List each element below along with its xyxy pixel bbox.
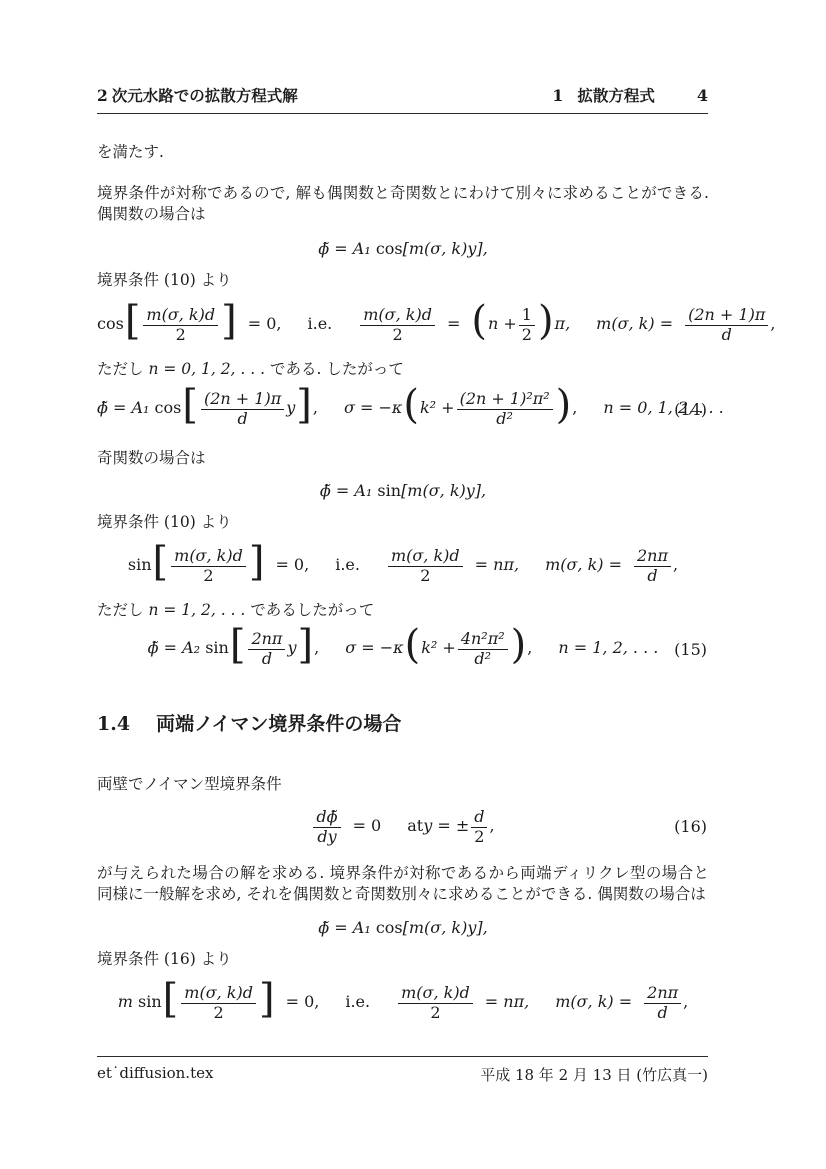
math-function: cos (376, 918, 403, 937)
math-text: [m(σ, k)y], (403, 918, 488, 937)
fraction-denominator: 2 (360, 325, 435, 345)
fraction-denominator: 2 (519, 325, 535, 345)
math-function: cos (376, 239, 403, 258)
math-text: y (286, 398, 295, 417)
paragraph-given: が与えられた場合の解を求める. 境界条件が対称であるから両端ディリクレ型の場合と… (97, 863, 709, 906)
math-text: n + (488, 314, 517, 333)
fraction: d2 (471, 808, 487, 847)
math-text: , (673, 555, 678, 574)
fraction-numerator: 2nπ (248, 630, 285, 649)
fraction-denominator: dy (313, 827, 340, 847)
fraction: (2n + 1)πd (201, 390, 284, 429)
fraction: dϕ̃dy (313, 808, 340, 847)
fraction-numerator: d (471, 808, 487, 827)
math-text: n = 0, 1, 2, . . . (148, 360, 265, 378)
math-text: , (527, 638, 532, 657)
fraction-denominator: 2 (471, 827, 487, 847)
paragraph-symmetric: 境界条件が対称であるので, 解も偶関数と奇関数とにわけて別々に求めることができる… (97, 183, 709, 226)
fraction-numerator: (2n + 1)²π² (457, 390, 553, 409)
paragraph-bc16: 境界条件 (16) より (97, 949, 709, 971)
fraction-denominator: 2 (388, 566, 463, 586)
math-text: i.e. (335, 555, 360, 574)
fraction: 4n²π²d² (458, 630, 508, 669)
math-function: sin (377, 481, 401, 500)
fraction-denominator: d (248, 649, 285, 669)
math-text: n = 1, 2, . . . (558, 638, 658, 657)
math-text: k² + (421, 638, 456, 657)
section-heading: 1.4両端ノイマン境界条件の場合 (97, 714, 709, 736)
equation-15: ϕ̃ = A₂ sin[2nπdy],σ = −κ(k² +4n²π²d²),n… (97, 630, 709, 669)
paragraph-tadashi-1: ただし n = 0, 1, 2, . . . である. したがって (97, 359, 709, 381)
header-left-title: 2次元水路での拡散方程式解 (97, 84, 298, 106)
page-header: 2次元水路での拡散方程式解 1 拡散方程式 4 (97, 84, 708, 114)
math-text: [m(σ, k)y], (403, 239, 488, 258)
fraction-numerator: m(σ, k)d (181, 984, 256, 1003)
fraction-numerator: (2n + 1)π (685, 306, 768, 325)
paragraph-bc10-b: 境界条件 (10) より (97, 512, 709, 534)
header-section-number: 1 (552, 86, 563, 105)
equation-14: ϕ̃ = A₁ cos[(2n + 1)πdy],σ = −κ(k² +(2n … (97, 390, 709, 429)
math-text: , (770, 314, 775, 333)
fraction: (2n + 1)²π²d² (457, 390, 553, 429)
fraction-numerator: (2n + 1)π (201, 390, 284, 409)
math-text: i.e. (345, 992, 370, 1011)
fraction-numerator: dϕ̃ (313, 808, 340, 827)
equation-tag: (15) (674, 638, 707, 662)
math-text: y = ± (423, 816, 469, 835)
math-text: i.e. (307, 314, 332, 333)
fraction: m(σ, k)d2 (181, 984, 256, 1023)
fraction: m(σ, k)d2 (143, 306, 218, 345)
equation-tag: (16) (674, 815, 707, 839)
document-page: 2次元水路での拡散方程式解 1 拡散方程式 4 を満たす. 境界条件が対称である… (0, 0, 826, 1169)
paragraph-intro: を満たす. (97, 142, 709, 164)
fraction-numerator: m(σ, k)d (360, 306, 435, 325)
paragraph-bc10-a: 境界条件 (10) より (97, 270, 709, 292)
equation-sin-condition: sin[m(σ, k)d2]= 0,i.e.m(σ, k)d2= nπ,m(σ,… (97, 547, 709, 586)
header-left-number: 2 (97, 86, 108, 105)
math-text: , (313, 398, 318, 417)
math-text: = nπ, (485, 992, 529, 1011)
jp-text: ただし (97, 360, 148, 378)
math-function: cos (155, 398, 182, 417)
header-right: 1 拡散方程式 4 (552, 84, 708, 106)
equation-odd-phi: ϕ̃ = A₁ sin[m(σ, k)y], (97, 479, 709, 503)
equation-cos-condition: cos[m(σ, k)d2]= 0,i.e.m(σ, k)d2=(n +12)π… (97, 306, 709, 345)
math-function: sin (128, 555, 152, 574)
jp-text: である. したがって (265, 360, 404, 378)
math-text: π, (555, 314, 571, 333)
fraction: (2n + 1)πd (685, 306, 768, 345)
fraction-numerator: m(σ, k)d (388, 547, 463, 566)
fraction: 2nπd (248, 630, 285, 669)
math-text: σ = −κ (345, 638, 403, 657)
fraction-numerator: 1 (519, 306, 535, 325)
math-text: ϕ̃ = A₂ (148, 638, 206, 657)
fraction-denominator: d² (457, 409, 553, 429)
math-text: ϕ̃ = A₁ (320, 481, 378, 500)
math-text: , (314, 638, 319, 657)
page-body: を満たす. 境界条件が対称であるので, 解も偶関数と奇関数とにわけて別々に求める… (97, 140, 709, 1023)
fraction-denominator: d² (458, 649, 508, 669)
jp-text: であるしたがって (245, 601, 374, 619)
math-function: cos (97, 314, 124, 333)
page-footer: et˙diffusion.tex 平成 18 年 2 月 13 日 (竹広真一) (97, 1056, 708, 1085)
math-text: m (118, 992, 138, 1011)
fraction-denominator: d (201, 409, 284, 429)
math-text: , (572, 398, 577, 417)
math-text: k² + (420, 398, 455, 417)
fraction-numerator: 2nπ (644, 984, 681, 1003)
math-text: σ = −κ (344, 398, 402, 417)
fraction-denominator: d (685, 325, 768, 345)
fraction-numerator: m(σ, k)d (398, 984, 473, 1003)
math-text: = 0 (353, 816, 382, 835)
math-text: , (683, 992, 688, 1011)
math-text: n = 1, 2, . . . (148, 601, 245, 619)
fraction-denominator: d (634, 566, 671, 586)
equation-msin-condition: m sin[m(σ, k)d2]= 0,i.e.m(σ, k)d2= nπ,m(… (97, 984, 709, 1023)
fraction: m(σ, k)d2 (360, 306, 435, 345)
fraction-denominator: 2 (171, 566, 246, 586)
fraction: m(σ, k)d2 (171, 547, 246, 586)
math-text: at (407, 816, 423, 835)
paragraph-wall: 両壁でノイマン型境界条件 (97, 774, 709, 796)
fraction-numerator: m(σ, k)d (143, 306, 218, 325)
fraction: m(σ, k)d2 (398, 984, 473, 1023)
math-text: = 0, (275, 555, 309, 574)
jp-text: ただし (97, 601, 148, 619)
math-text: = 0, (286, 992, 320, 1011)
footer-filename: et˙diffusion.tex (97, 1064, 213, 1085)
fraction-denominator: 2 (143, 325, 218, 345)
header-section-title: 拡散方程式 (577, 84, 655, 106)
math-text: y (287, 638, 296, 657)
fraction: 2nπd (634, 547, 671, 586)
fraction: 12 (519, 306, 535, 345)
header-left-text: 次元水路での拡散方程式解 (112, 87, 298, 105)
math-text: [m(σ, k)y], (401, 481, 486, 500)
header-page-number: 4 (697, 86, 708, 105)
section-number: 1.4 (97, 713, 130, 735)
math-text: = (447, 314, 460, 333)
math-text: , (489, 816, 494, 835)
section-title: 両端ノイマン境界条件の場合 (156, 713, 401, 735)
fraction: 2nπd (644, 984, 681, 1023)
equation-16: dϕ̃dy= 0aty = ±d2, (16) (97, 808, 709, 847)
footer-date: 平成 18 年 2 月 13 日 (竹広真一) (480, 1064, 708, 1085)
math-function: sin (205, 638, 229, 657)
math-text: m(σ, k) = (545, 555, 622, 574)
paragraph-odd: 奇関数の場合は (97, 448, 709, 470)
math-text: ϕ̃ = A₁ (97, 398, 155, 417)
math-text: ϕ̃ = A₁ (318, 918, 376, 937)
equation-tag: (14) (674, 398, 707, 422)
header-rule (97, 113, 708, 114)
equation-even-phi: ϕ̃ = A₁ cos[m(σ, k)y], (97, 237, 709, 261)
equation-even-phi-2: ϕ̃ = A₁ cos[m(σ, k)y], (97, 916, 709, 940)
fraction-denominator: d (644, 1003, 681, 1023)
fraction-denominator: 2 (181, 1003, 256, 1023)
fraction-numerator: 4n²π² (458, 630, 508, 649)
math-text: m(σ, k) = (555, 992, 632, 1011)
math-text: ϕ̃ = A₁ (318, 239, 376, 258)
math-text: m(σ, k) = (596, 314, 673, 333)
math-function: sin (138, 992, 162, 1011)
paragraph-tadashi-2: ただし n = 1, 2, . . . であるしたがって (97, 600, 709, 622)
fraction-denominator: 2 (398, 1003, 473, 1023)
fraction-numerator: m(σ, k)d (171, 547, 246, 566)
math-text: = 0, (248, 314, 282, 333)
fraction-numerator: 2nπ (634, 547, 671, 566)
fraction: m(σ, k)d2 (388, 547, 463, 586)
math-text: = nπ, (475, 555, 519, 574)
